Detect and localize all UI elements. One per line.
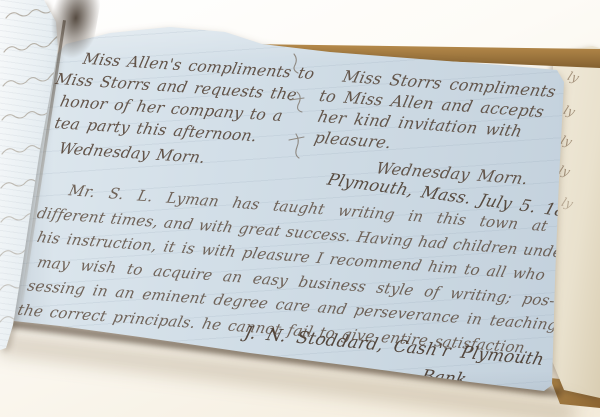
photo-of-open-album: ly ly ly ly ly Miss Allen's compliments … — [0, 0, 600, 417]
curled-page-wrap — [0, 0, 600, 417]
